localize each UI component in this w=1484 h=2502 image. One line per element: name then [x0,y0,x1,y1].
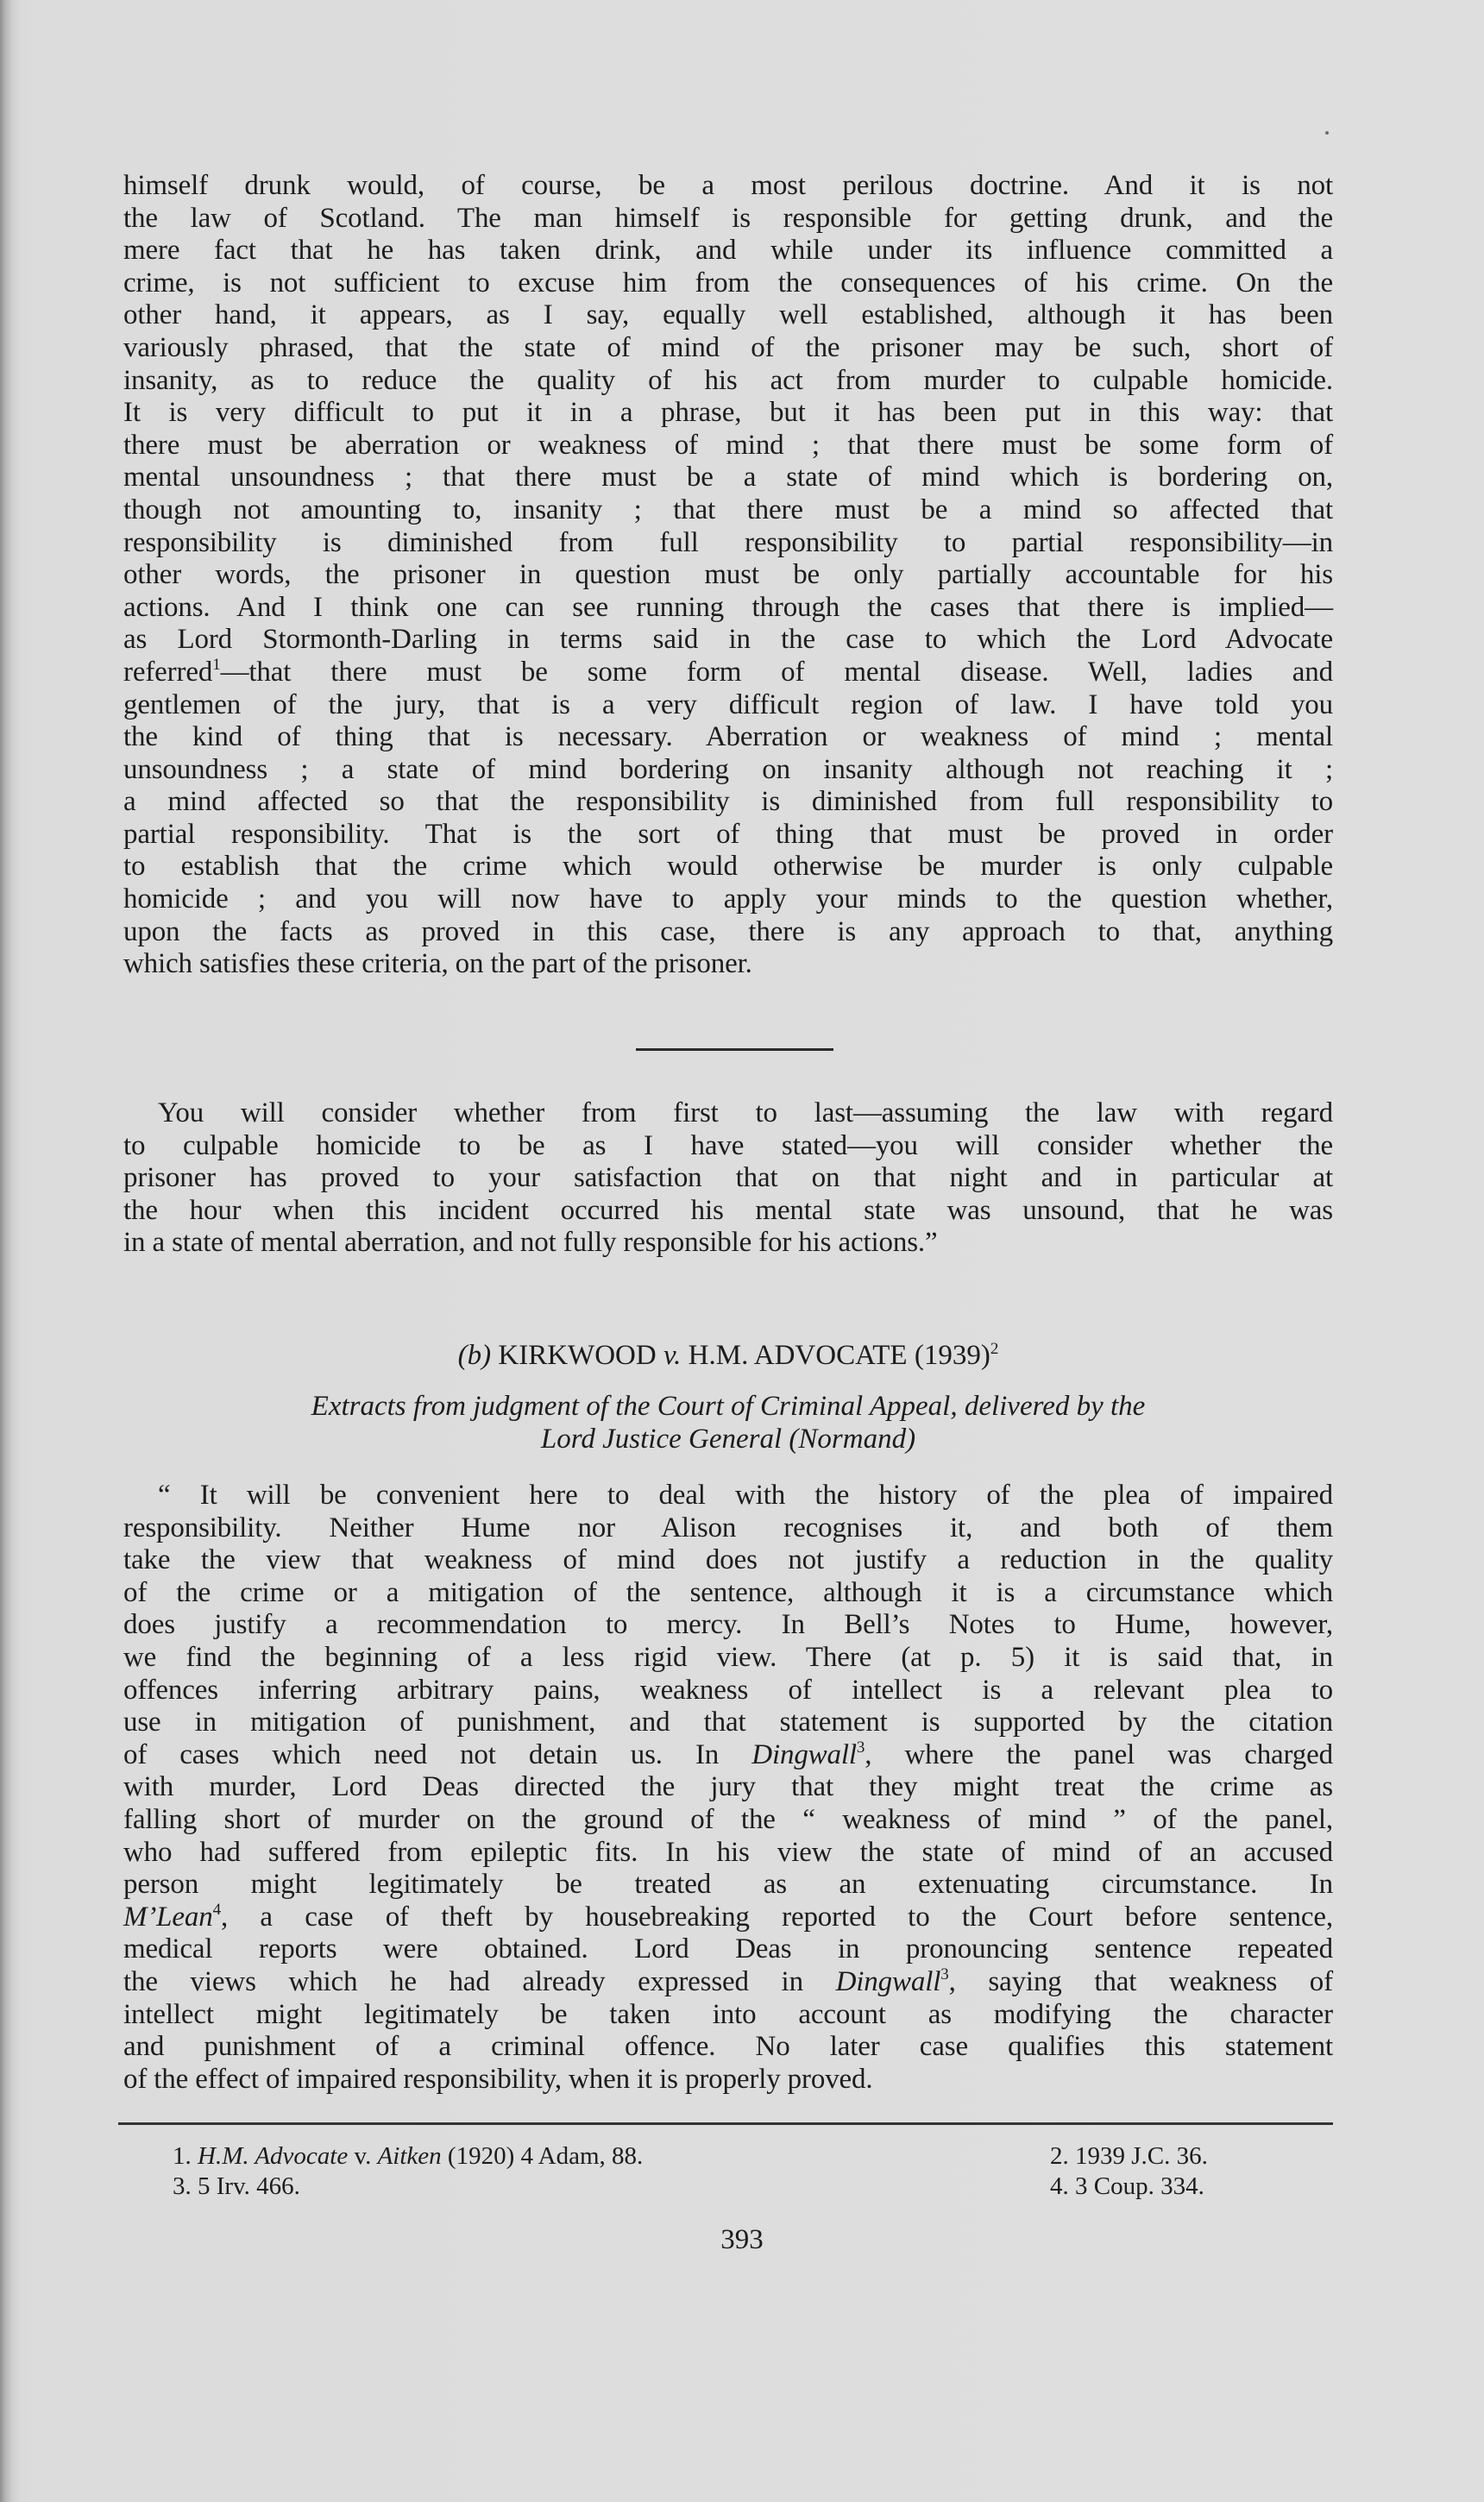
text-line: medical reports were obtained. Lord Deas… [123,1933,1333,1966]
text-line: the law of Scotland. The man himself is … [123,203,1333,236]
footnotes: 1. H.M. Advocate v. Aitken (1920) 4 Adam… [173,2141,1333,2202]
text-line: mental unsoundness ; that there must be … [123,462,1333,494]
text-line: person might legitimately be treated as … [123,1869,1333,1902]
text-line: partial responsibility. That is the sort… [123,819,1333,852]
subtitle-line: Extracts from judgment of the Court of C… [123,1391,1333,1424]
footnote-ref-3[interactable]: 3 [857,1738,865,1757]
section-separator-rule [636,1048,833,1051]
text-line-with-footnote: referred1—that there must be some form o… [123,657,1333,689]
paragraph-continued-charge: himself drunk would, of course, be a mos… [123,170,1333,981]
text-fragment: , saying that weakness of [949,1966,1333,1997]
text-line: responsibility is diminished from full r… [123,527,1333,560]
footnote-ref-4[interactable]: 4 [213,1901,221,1919]
text-line-with-footnote: M’Lean4, a case of theft by housebreakin… [123,1902,1333,1934]
case-name-mlean: M’Lean [123,1902,213,1933]
text-fragment: v. [348,2142,377,2170]
text-line: intellect might legitimately be taken in… [123,1999,1333,2032]
case-name-dingwall: Dingwall [751,1739,857,1770]
text-line: homicide ; and you will now have to appl… [123,883,1333,916]
subtitle-line: Lord Justice General (Normand) [123,1424,1333,1456]
case-heading-party-2: H.M. ADVOCATE (1939) [681,1340,990,1371]
text-line: himself drunk would, of course, be a mos… [123,170,1333,203]
paragraph-jury-direction: You will consider whether from first to … [123,1097,1333,1260]
paragraph-judgment-extract: “ It will be convenient here to deal wit… [123,1480,1333,2096]
text-line: to establish that the crime which would … [123,851,1333,883]
text-line: we find the beginning of a less rigid vi… [123,1642,1333,1675]
case-name: Aitken [378,2142,442,2170]
footnote-ref-3[interactable]: 3 [940,1965,948,1983]
text-line: with murder, Lord Deas directed the jury… [123,1771,1333,1804]
text-fragment: —that there must be some form of mental … [221,657,1333,688]
text-line: variously phrased, that the state of min… [123,332,1333,365]
text-line: though not amounting to, insanity ; that… [123,494,1333,527]
text-line: does justify a recommendation to mercy. … [123,1609,1333,1642]
text-line: actions. And I think one can see running… [123,592,1333,625]
text-line: gentlemen of the jury, that is a very di… [123,689,1333,722]
footnote-3: 3. 5 Irv. 466. [173,2172,300,2202]
text-line: take the view that weakness of mind does… [123,1544,1333,1577]
text-line: in a state of mental aberration, and not… [123,1227,1333,1260]
text-line: You will consider whether from first to … [123,1097,1333,1130]
footnote-1: 1. H.M. Advocate v. Aitken (1920) 4 Adam… [173,2141,643,2172]
text-line: the hour when this incident occurred his… [123,1195,1333,1228]
footnote-ref-2[interactable]: 2 [990,1340,999,1358]
footnote-number: 2. [1050,2142,1069,2170]
case-heading: (b) KIRKWOOD v. H.M. ADVOCATE (1939)2 [123,1339,1333,1372]
text-line: insanity, as to reduce the quality of hi… [123,365,1333,398]
text-line: as Lord Stormonth-Darling in terms said … [123,624,1333,657]
text-line: to culpable homicide to be as I have sta… [123,1130,1333,1163]
citation: (1920) 4 Adam, 88. [442,2142,644,2170]
citation: 1939 J.C. 36. [1075,2142,1208,2170]
text-line: a mind affected so that the responsibili… [123,786,1333,819]
text-line: and punishment of a criminal offence. No… [123,2031,1333,2064]
text-line: other hand, it appears, as I say, equall… [123,299,1333,332]
scan-speck [1325,131,1329,135]
footnote-2: 2. 1939 J.C. 36. [1050,2141,1208,2172]
text-line: crime, is not sufficient to excuse him f… [123,267,1333,300]
text-line: falling short of murder on the ground of… [123,1804,1333,1837]
case-name-dingwall: Dingwall [836,1966,941,1997]
footnote-row: 3. 5 Irv. 466. 4. 3 Coup. 334. [173,2172,1333,2202]
text-fragment: of cases which need not detain us. In [123,1739,751,1770]
footnote-4: 4. 3 Coup. 334. [1050,2172,1204,2202]
text-fragment: the views which he had already expressed… [123,1966,836,1997]
text-fragment: , where the panel was charged [865,1739,1333,1770]
text-line: of the crime or a mitigation of the sent… [123,1577,1333,1610]
text-line-with-footnote: of cases which need not detain us. In Di… [123,1739,1333,1772]
footnote-row: 1. H.M. Advocate v. Aitken (1920) 4 Adam… [173,2141,1333,2172]
text-fragment: referred [123,657,212,688]
text-line-with-footnote: the views which he had already expressed… [123,1966,1333,1999]
text-line: offences inferring arbitrary pains, weak… [123,1675,1333,1707]
scanned-page: himself drunk would, of course, be a mos… [0,0,1484,2502]
text-line: “ It will be convenient here to deal wit… [123,1480,1333,1512]
case-subtitle: Extracts from judgment of the Court of C… [123,1391,1333,1455]
page-number: 393 [0,2224,1484,2256]
footnote-number: 1. [173,2142,192,2170]
text-line: prisoner has proved to your satisfaction… [123,1162,1333,1195]
case-name: H.M. Advocate [198,2142,348,2170]
citation: 5 Irv. 466. [198,2172,300,2200]
text-line: other words, the prisoner in question mu… [123,559,1333,592]
case-heading-prefix: (b) [458,1340,491,1371]
footnote-rule [118,2122,1333,2125]
text-line: It is very difficult to put it in a phra… [123,397,1333,430]
text-line: unsoundness ; a state of mind bordering … [123,754,1333,787]
text-line: there must be aberration or weakness of … [123,430,1333,462]
footnote-ref-1[interactable]: 1 [212,656,220,674]
footnote-number: 3. [173,2172,192,2200]
text-line: upon the facts as proved in this case, t… [123,916,1333,949]
text-fragment: , a case of theft by housebreaking repor… [221,1902,1333,1933]
text-line: responsibility. Neither Hume nor Alison … [123,1512,1333,1545]
text-line: use in mitigation of punishment, and tha… [123,1707,1333,1739]
text-line: which satisfies these criteria, on the p… [123,948,1333,981]
case-heading-party-1: KIRKWOOD [491,1340,663,1371]
text-line: who had suffered from epileptic fits. In… [123,1837,1333,1870]
text-line: mere fact that he has taken drink, and w… [123,235,1333,267]
text-line: the kind of thing that is necessary. Abe… [123,721,1333,754]
citation: 3 Coup. 334. [1075,2172,1204,2200]
footnote-number: 4. [1050,2172,1069,2200]
text-line: of the effect of impaired responsibility… [123,2064,1333,2097]
case-heading-versus: v. [663,1340,681,1371]
